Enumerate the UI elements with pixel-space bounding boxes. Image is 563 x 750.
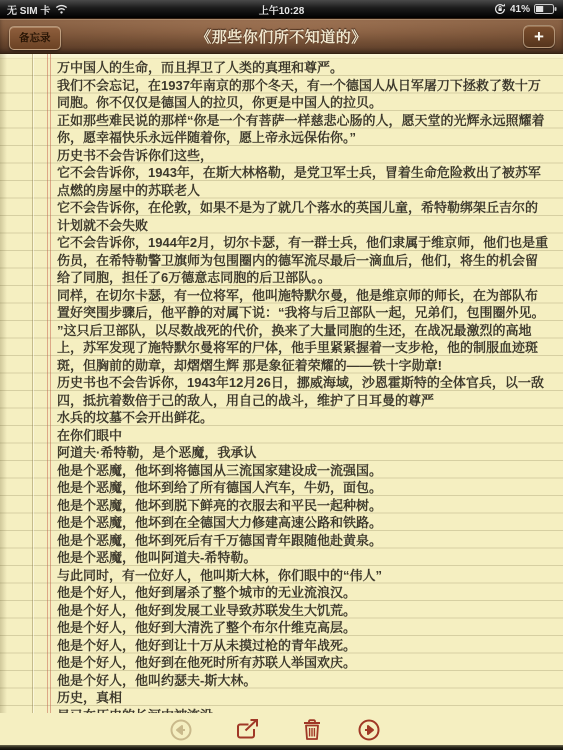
- note-line: 同样，在切尔卡瑟，有一位将军，他叫施特默尔曼，他是维京师的师长，在为部队布: [57, 287, 557, 305]
- note-line: 它不会告诉你，1943年，在斯大林格勒，是党卫军士兵，冒着生命危险救出了被苏军: [57, 164, 557, 182]
- nav-bar: 备忘录 《那些你们所不知道的》 +: [0, 18, 563, 54]
- note-line: 万中国人的生命，而且捍卫了人类的真理和尊严。: [57, 59, 557, 77]
- note-line: 斑，但胸前的勋章，却熠熠生辉 那是象征着荣耀的——铁十字勋章!: [57, 357, 557, 375]
- margin-line: [47, 52, 48, 750]
- note-line: 正如那些难民说的那样“你是一个有菩萨一样慈悲心肠的人，愿天堂的光辉永远照耀着: [57, 112, 557, 130]
- paper-left-edge-shadow: [0, 52, 7, 750]
- note-line: 他是个好人，他好到发展工业导致苏联发生大饥荒。: [57, 602, 557, 620]
- note-line: 水兵的坟墓不会开出鲜花。: [57, 409, 557, 427]
- note-line: 我们不会忘记，在1937年南京的那个冬天，有一个德国人从日军屠刀下拯救了数十万: [57, 77, 557, 95]
- note-content[interactable]: 万中国人的生命，而且捍卫了人类的真理和尊严。我们不会忘记，在1937年南京的那个…: [57, 59, 557, 724]
- forward-button[interactable]: [357, 718, 381, 742]
- note-line: 四，抵抗着数倍于己的敌人，用自己的战斗，维护了日耳曼的尊严: [57, 392, 557, 410]
- trash-icon: [302, 718, 322, 742]
- note-line: 上，苏军发现了施特默尔曼将军的尸体，他手里紧紧握着一支步枪，他的制服血迹斑: [57, 339, 557, 357]
- note-line: 他是个恶魔，他坏到脱下鲜亮的衣服去和平民一起种树。: [57, 497, 557, 515]
- note-line: 点燃的房屋中的苏联老人: [57, 182, 557, 200]
- note-line: 伤员，在希特勒警卫旗师为包围圈内的德军流尽最后一滴血后，他们，将生的机会留: [57, 252, 557, 270]
- forward-arrow-icon: [357, 718, 381, 742]
- delete-button[interactable]: [300, 718, 324, 742]
- note-line: 历史书也不会告诉你，1943年12月26日，挪威海域，沙恩霍斯特的全体官兵，以一…: [57, 374, 557, 392]
- note-paper[interactable]: 万中国人的生命，而且捍卫了人类的真理和尊严。我们不会忘记，在1937年南京的那个…: [0, 52, 563, 750]
- share-icon: [235, 718, 261, 742]
- add-note-button[interactable]: +: [523, 25, 555, 48]
- back-button[interactable]: [169, 718, 193, 742]
- note-line: 历史，真相: [57, 689, 557, 707]
- note-line: 他是个好人，他好到让十万从未摸过枪的青年战死。: [57, 637, 557, 655]
- note-line: 计划就不会失败: [57, 217, 557, 235]
- note-line: 它不会告诉你，在伦敦，如果不是为了就几个落水的英国儿童，希特勒绑架丘吉尔的: [57, 199, 557, 217]
- note-line: 他是个好人，他好到在他死时所有苏联人举国欢庆。: [57, 654, 557, 672]
- note-line: 他是个恶魔，他坏到将德国从三流国家建设成一流强国。: [57, 462, 557, 480]
- note-line: 他是个恶魔，他坏到死后有千万德国青年跟随他赴黄泉。: [57, 532, 557, 550]
- note-line: 同胞。你不仅仅是德国人的拉贝，你更是中国人的拉贝。: [57, 94, 557, 112]
- share-button[interactable]: [235, 718, 259, 742]
- note-line: 他是个好人，他好到大清洗了整个布尔什维克高层。: [57, 619, 557, 637]
- note-line: 他是个恶魔，他坏到给了所有德国人汽车，牛奶，面包。: [57, 479, 557, 497]
- note-line: 置好突围步骤后，他平静的对属下说：“我将与后卫部队一起，兄弟们，包围圈外见。: [57, 304, 557, 322]
- status-time: 上午10:28: [0, 2, 563, 17]
- note-line: 历史书不会告诉你们这些，: [57, 147, 557, 165]
- note-title: 《那些你们所不知道的》: [196, 26, 367, 47]
- note-line: ”这只后卫部队，以尽数战死的代价，换来了大量同胞的生还，在战况最激烈的高地: [57, 322, 557, 340]
- paper-crease-highlight: [33, 52, 34, 750]
- back-arrow-icon: [169, 718, 193, 742]
- note-line: 他是个恶魔，他叫阿道夫-希特勒。: [57, 549, 557, 567]
- bottom-toolbar: [0, 713, 563, 745]
- note-line: 你，愿幸福快乐永远伴随着你，愿上帝永远保佑你。”: [57, 129, 557, 147]
- note-line: 它不会告诉你，1944年2月，切尔卡瑟，有一群士兵，他们隶属于维京师，他们也是重: [57, 234, 557, 252]
- note-line: 在你们眼中: [57, 427, 557, 445]
- note-line: 他是个好人，他好到屠杀了整个城市的无业流浪汉。: [57, 584, 557, 602]
- note-line: 阿道夫·希特勒，是个恶魔，我承认: [57, 444, 557, 462]
- note-line: 他是个恶魔，他坏到在全德国大力修建高速公路和铁路。: [57, 514, 557, 532]
- status-bar: 无 SIM 卡 上午10:28 41%: [0, 0, 563, 18]
- notes-back-button[interactable]: 备忘录: [9, 26, 61, 50]
- margin-line: [50, 52, 51, 750]
- note-line: 他是个好人，他叫约瑟夫-斯大林。: [57, 672, 557, 690]
- note-line: 与此同时，有一位好人，他叫斯大林，你们眼中的“伟人”: [57, 567, 557, 585]
- device-bottom-edge: [0, 745, 563, 750]
- notes-app-screen: 无 SIM 卡 上午10:28 41% 备忘录 《: [0, 0, 563, 750]
- note-line: 给了同胞，担任了6万德意志同胞的后卫部队。。: [57, 269, 557, 287]
